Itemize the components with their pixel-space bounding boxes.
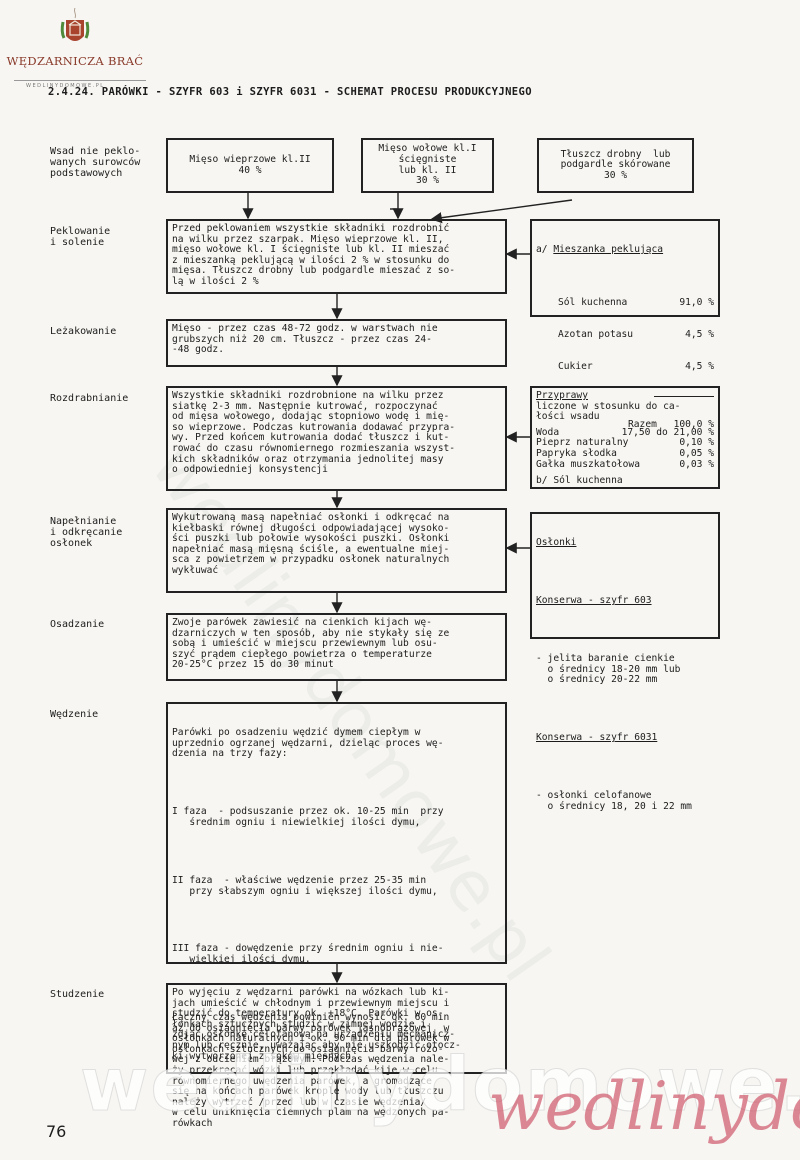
curing-mix-item: Azotan potasu4,5 % bbox=[558, 330, 714, 341]
spice-item: Gałka muszkatołowa0,03 % bbox=[536, 460, 714, 471]
stage-label-wsad: Wsad nie peklo- wanych surowców podstawo… bbox=[50, 146, 140, 179]
spices-heading: Przyprawy bbox=[536, 391, 714, 402]
stage-label-napelnianie: Napełnianie i odkręcanie osłonek bbox=[50, 516, 122, 549]
stage-label-rozdrabnianie: Rozdrabnianie bbox=[50, 393, 128, 404]
spice-item: Papryka słodka0,05 % bbox=[536, 449, 714, 460]
casings-heading: Osłonki bbox=[536, 538, 714, 549]
wedzenie-phase-3: III faza - dowędzenie przy średnim ogniu… bbox=[172, 944, 501, 965]
wedzenie-phase-2: II faza - właściwe wędzenie przez 25-35 … bbox=[172, 876, 501, 897]
page-number: 76 bbox=[46, 1122, 66, 1141]
curing-mix-box: a/ Mieszanka peklująca Sól kuchenna91,0 … bbox=[530, 219, 720, 317]
spices-box: Przyprawy liczone w stosunku do ca- łośc… bbox=[530, 386, 720, 489]
casings-text-603: - jelita baranie cienkie o średnicy 18-2… bbox=[536, 654, 714, 686]
raw-material-beef: Mięso wołowe kl.I ścięgniste lub kl. II … bbox=[361, 138, 494, 193]
raw-material-pork: Mięso wieprzowe kl.II 40 % bbox=[166, 138, 334, 193]
casings-subheading-603: Konserwa - szyfr 603 bbox=[536, 596, 714, 607]
stage-label-peklowanie: Peklowanie i solenie bbox=[50, 226, 110, 248]
casings-box: Osłonki Konserwa - szyfr 603 - jelita ba… bbox=[530, 512, 720, 639]
stage-label-studzenie: Studzenie bbox=[50, 989, 104, 1000]
curing-mix-prefix: a/ bbox=[536, 244, 553, 255]
raw-material-fat: Tłuszcz drobny lub podgardle skórowane 3… bbox=[537, 138, 694, 193]
curing-mix-item: Sól kuchenna91,0 % bbox=[558, 298, 714, 309]
stage-label-wedzenie: Wędzenie bbox=[50, 709, 98, 720]
corner-watermark: wedlinydom bbox=[488, 1068, 800, 1145]
process-rozdrabnianie: Wszystkie składniki rozdrobnione na wilk… bbox=[166, 386, 507, 491]
process-wedzenie: Parówki po osadzeniu wędzić dymem ciepły… bbox=[166, 702, 507, 964]
spices-note: liczone w stosunku do ca- łości wsadu bbox=[536, 402, 714, 423]
process-napelnianie: Wykutrowaną masą napełniać osłonki i odk… bbox=[166, 508, 507, 593]
curing-mix-item: Cukier4,5 % bbox=[558, 362, 714, 373]
stage-label-lezakowanie: Leżakowanie bbox=[50, 326, 116, 337]
wedzenie-phase-1: I faza - podsuszanie przez ok. 10-25 min… bbox=[172, 807, 501, 828]
process-peklowanie: Przed peklowaniem wszystkie składniki ro… bbox=[166, 219, 507, 294]
stage-label-osadzanie: Osadzanie bbox=[50, 619, 104, 630]
casings-text-6031: - osłonki celofanowe o średnicy 18, 20 i… bbox=[536, 791, 714, 812]
wedzenie-intro: Parówki po osadzeniu wędzić dymem ciepły… bbox=[172, 728, 501, 760]
casings-subheading-6031: Konserwa - szyfr 6031 bbox=[536, 733, 714, 744]
process-osadzanie: Zwoje parówek zawiesić na cienkich kijac… bbox=[166, 613, 507, 681]
curing-mix-heading: Mieszanka peklująca bbox=[553, 244, 663, 255]
process-lezakowanie: Mięso - przez czas 48-72 godz. w warstwa… bbox=[166, 319, 507, 367]
